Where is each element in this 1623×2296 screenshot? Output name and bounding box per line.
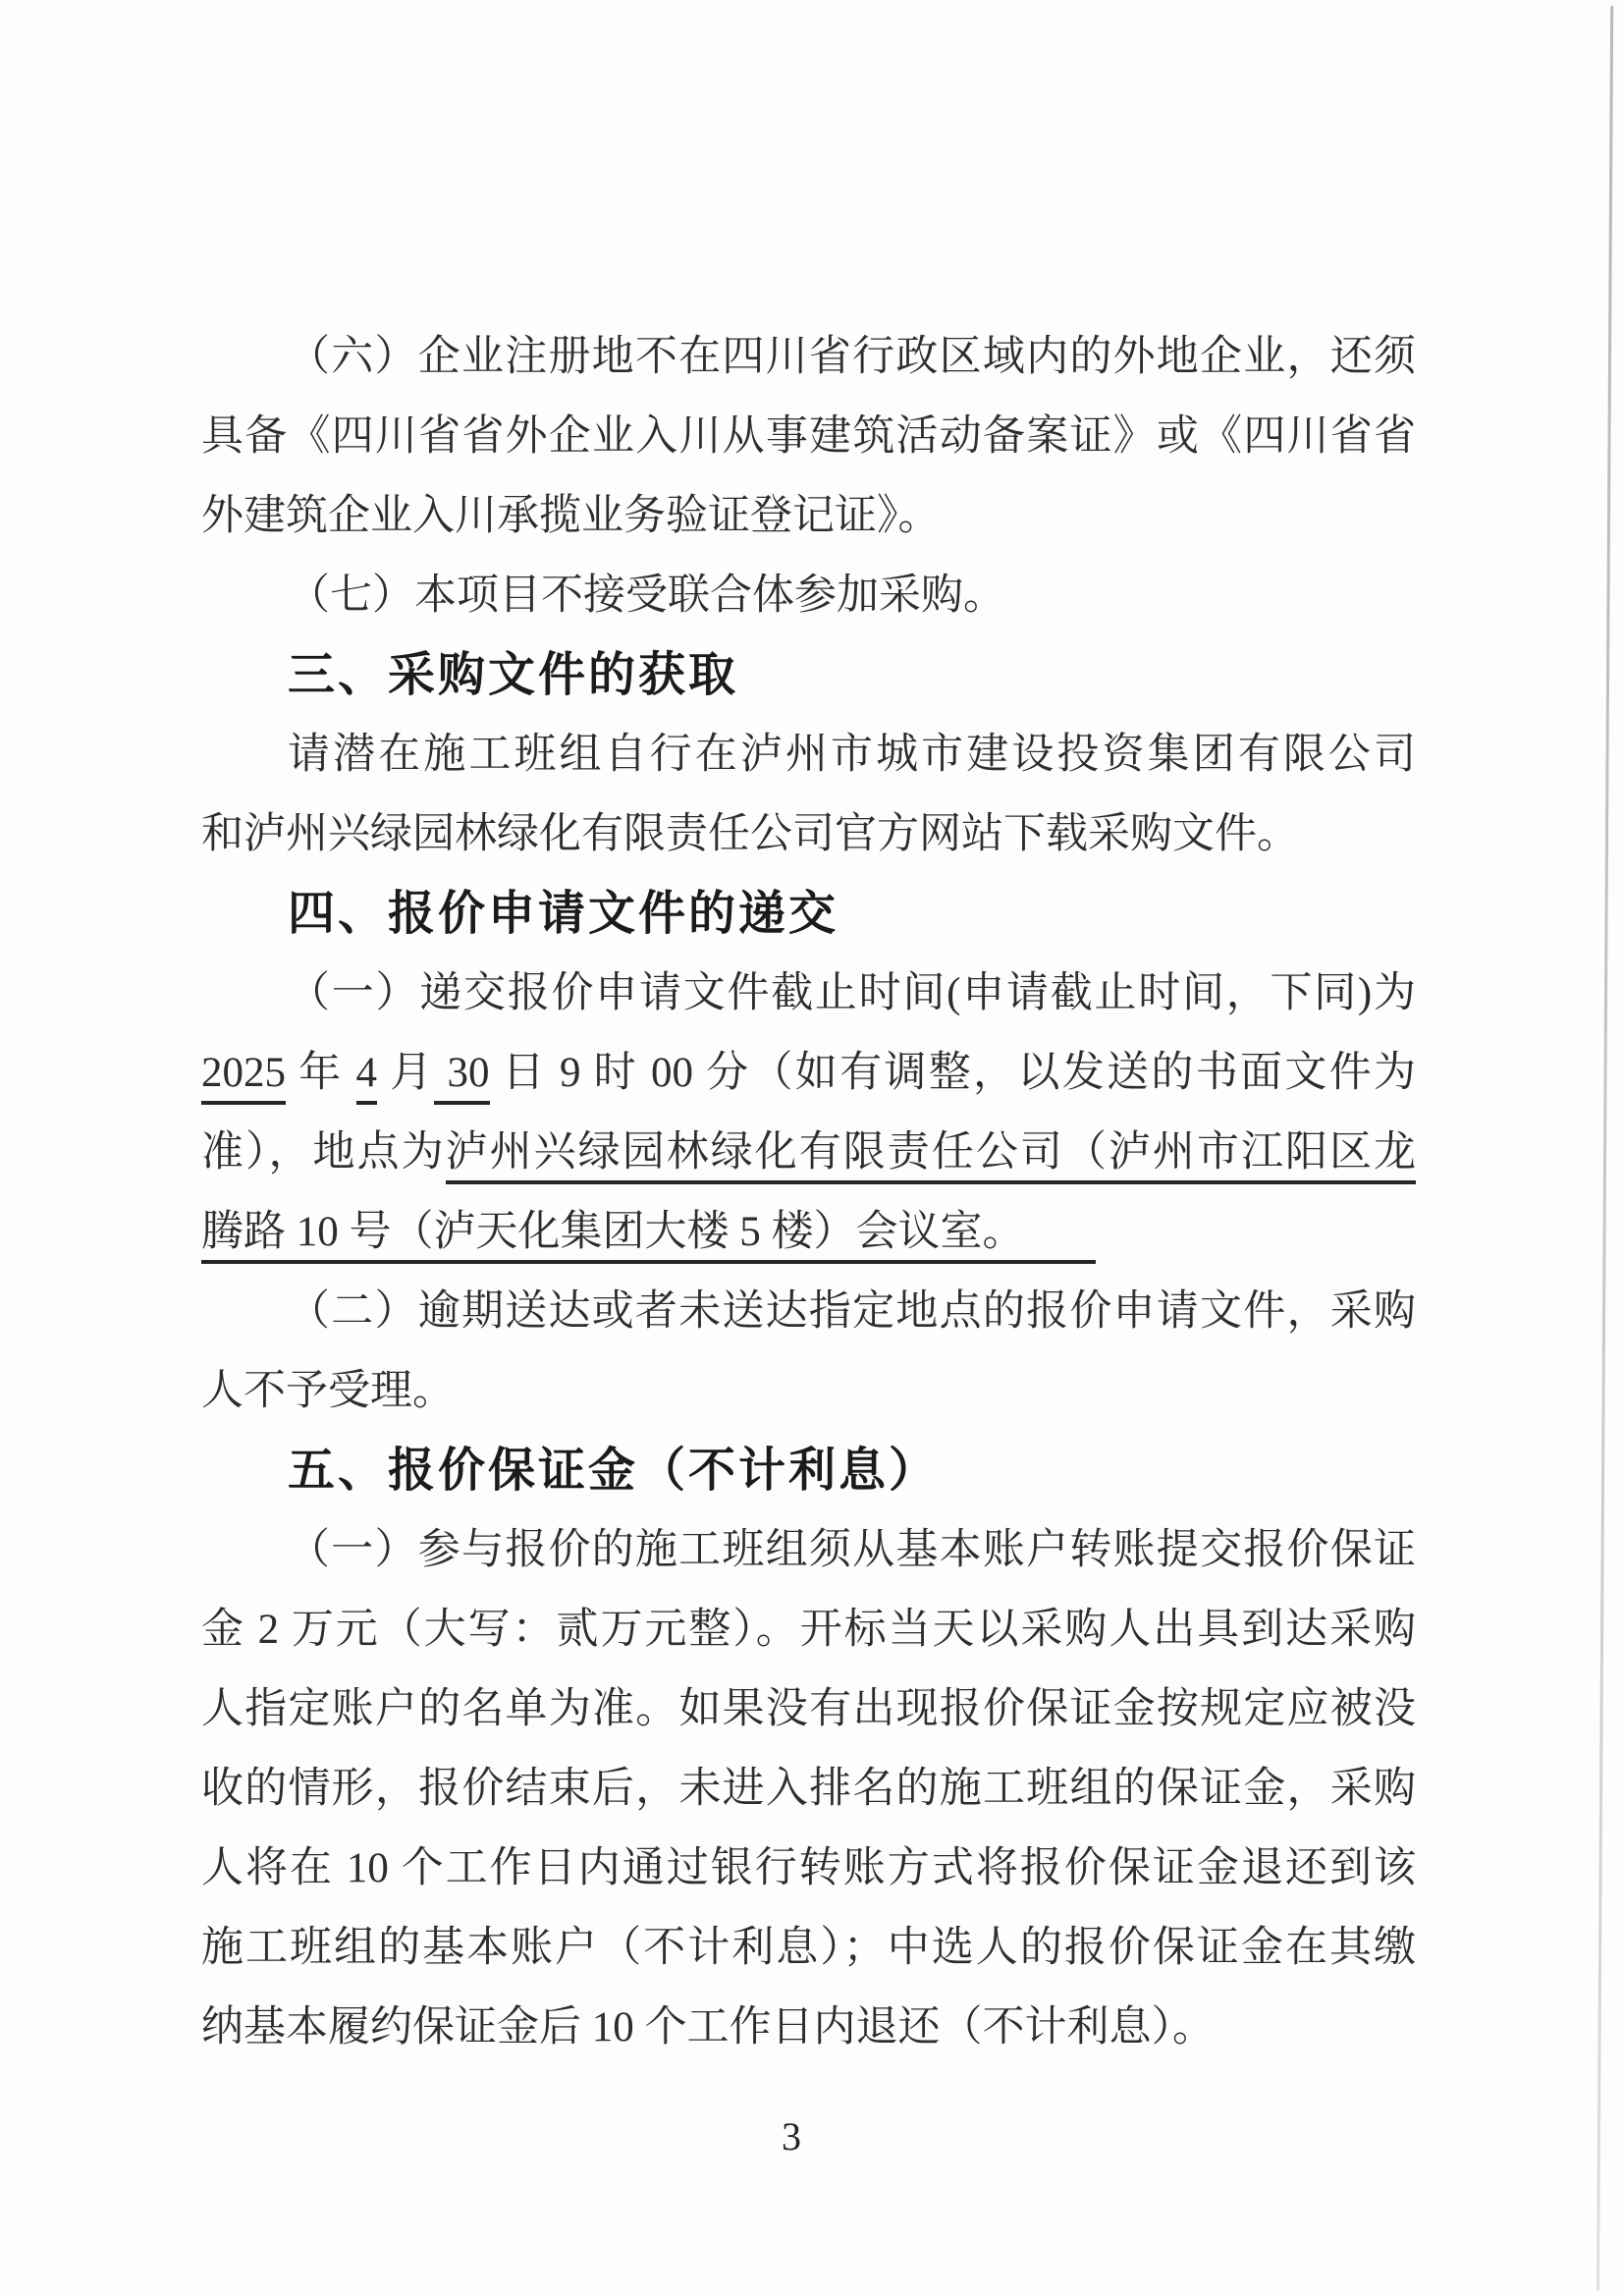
body-text: 人指定账户的名单为准。如果没有出现报价保证金按规定应被没 [201,1686,1416,1732]
section-heading-4: 四、报价申请文件的递交 [201,874,1416,954]
body-text: （一）参与报价的施工班组须从基本账户转账提交报价保证 [288,1527,1416,1573]
section-4-item-1-line-1: （一）递交报价申请文件截止时间(申请截止时间，下同)为 [201,954,1416,1033]
body-text: 准），地点为 [201,1129,446,1175]
underlined-location-text: 腾路 10 号（泸天化集团大楼 5 楼）会议室。 [201,1209,1096,1264]
section-5-item-1-line-1: （一）参与报价的施工班组须从基本账户转账提交报价保证 [201,1510,1416,1590]
body-text: 收的情形，报价结束后，未进入排名的施工班组的保证金，采购 [201,1766,1416,1812]
body-text: 月 [377,1050,434,1096]
section-5-item-1-line-7: 纳基本履约保证金后 10 个工作日内退还（不计利息）。 [201,1988,1416,2067]
section-5-item-1-line-5: 人将在 10 个工作日内通过银行转账方式将报价保证金退还到该 [201,1829,1416,1908]
section-4-item-1-line-3-location: 准），地点为泸州兴绿园林绿化有限责任公司（泸州市江阳区龙 [201,1113,1416,1192]
paragraph-item-6-line-3: 外建筑企业入川承揽业务验证登记证》。 [201,476,1416,556]
body-text: 请潜在施工班组自行在泸州市城市建设投资集团有限公司 [288,732,1416,778]
section-4-item-1-line-4-location: 腾路 10 号（泸天化集团大楼 5 楼）会议室。 [201,1192,1416,1272]
section-5-item-1-line-6: 施工班组的基本账户（不计利息）；中选人的报价保证金在其缴 [201,1908,1416,1988]
body-text: （六）企业注册地不在四川省行政区域内的外地企业，还须 [288,334,1416,380]
body-text: （七）本项目不接受联合体参加采购。 [288,573,1005,619]
section-3-paragraph-line-2: 和泸州兴绿园林绿化有限责任公司官方网站下载采购文件。 [201,794,1416,874]
underlined-month-value: 4 [356,1050,378,1105]
section-4-item-2-line-2: 人不予受理。 [201,1351,1416,1431]
body-text: 外建筑企业入川承揽业务验证登记证》。 [201,493,941,539]
section-heading-3: 三、采购文件的获取 [201,635,1416,715]
section-heading-5: 五、报价保证金（不计利息） [201,1431,1416,1510]
paragraph-item-6-line-1: （六）企业注册地不在四川省行政区域内的外地企业，还须 [201,317,1416,397]
paragraph-item-6-line-2: 具备《四川省省外企业入川从事建筑活动备案证》或《四川省省 [201,397,1416,476]
heading-text: 三、采购文件的获取 [288,649,738,701]
scanned-document-page: （六）企业注册地不在四川省行政区域内的外地企业，还须 具备《四川省省外企业入川从… [0,0,1623,2296]
section-5-item-1-line-4: 收的情形，报价结束后，未进入排名的施工班组的保证金，采购 [201,1749,1416,1829]
section-4-item-2-line-1: （二）逾期送达或者未送达指定地点的报价申请文件，采购 [201,1272,1416,1351]
body-text: 和泸州兴绿园林绿化有限责任公司官方网站下载采购文件。 [201,811,1299,857]
section-4-item-1-line-2-deadline: 2025 年 4 月 30 日 9 时 00 分（如有调整，以发送的书面文件为 [201,1033,1416,1113]
heading-text: 四、报价申请文件的递交 [288,888,839,940]
body-text: 年 [286,1050,356,1096]
page-number: 3 [0,2113,1583,2160]
body-text: 具备《四川省省外企业入川从事建筑活动备案证》或《四川省省 [201,413,1416,460]
body-text: 日 9 时 00 分（如有调整，以发送的书面文件为 [490,1050,1417,1096]
body-text: （二）逾期送达或者未送达指定地点的报价申请文件，采购 [288,1288,1416,1335]
underlined-location-text: 泸州兴绿园林绿化有限责任公司（泸州市江阳区龙 [446,1129,1416,1184]
section-3-paragraph-line-1: 请潜在施工班组自行在泸州市城市建设投资集团有限公司 [201,715,1416,794]
body-text: 人将在 10 个工作日内通过银行转账方式将报价保证金退还到该 [201,1845,1416,1891]
body-text: 施工班组的基本账户（不计利息）；中选人的报价保证金在其缴 [201,1925,1416,1971]
body-text: 金 2 万元（大写：贰万元整）。开标当天以采购人出具到达采购 [201,1607,1416,1653]
body-text: 纳基本履约保证金后 10 个工作日内退还（不计利息）。 [201,2004,1215,2050]
body-text: 人不予受理。 [201,1368,455,1414]
section-5-item-1-line-3: 人指定账户的名单为准。如果没有出现报价保证金按规定应被没 [201,1669,1416,1749]
heading-text: 五、报价保证金（不计利息） [288,1445,939,1497]
document-body: （六）企业注册地不在四川省行政区域内的外地企业，还须 具备《四川省省外企业入川从… [201,317,1416,2067]
body-text: （一）递交报价申请文件截止时间(申请截止时间，下同)为 [288,970,1416,1016]
section-5-item-1-line-2: 金 2 万元（大写：贰万元整）。开标当天以采购人出具到达采购 [201,1590,1416,1669]
scan-artifact-line [1596,6,1613,2290]
underlined-day-value: 30 [434,1050,489,1105]
paragraph-item-7: （七）本项目不接受联合体参加采购。 [201,556,1416,635]
underlined-year-value: 2025 [201,1050,286,1105]
